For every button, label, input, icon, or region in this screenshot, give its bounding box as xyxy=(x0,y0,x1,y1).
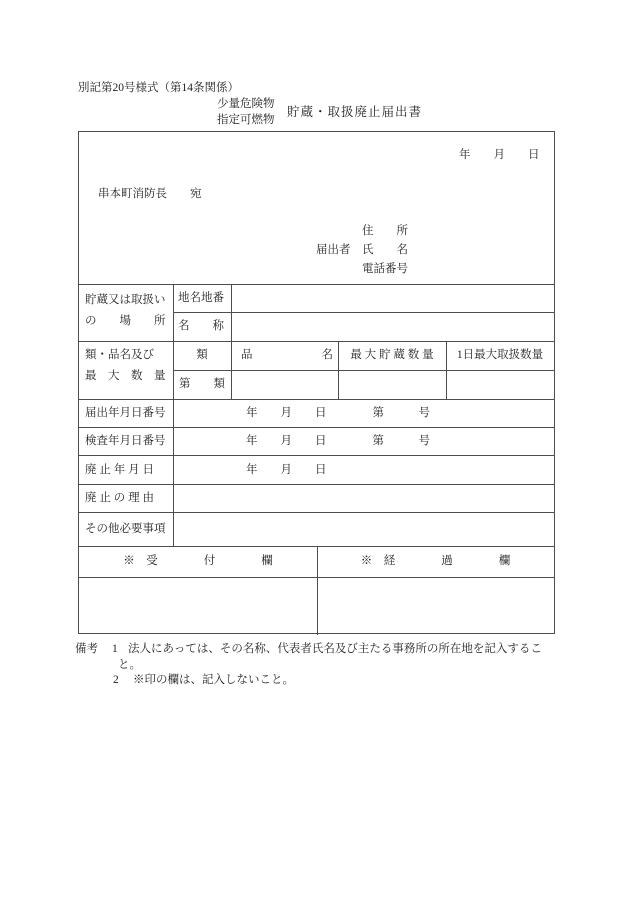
row-value-notification-date: 年 月 日 第 号 xyxy=(246,406,430,420)
col-header-item: 品名 xyxy=(231,348,338,362)
form-document-page: 別記第20号様式（第14条関係） 少量危険物指定可燃物 貯蔵・取扱廃止届出書 年… xyxy=(0,0,630,903)
location-name-label: 名 称 xyxy=(178,319,224,333)
remark-2-number: 2 xyxy=(113,673,119,687)
row-value-inspection-date: 年 月 日 第 号 xyxy=(246,434,430,448)
row-label-inspection-date: 検査年月日番号 xyxy=(85,434,166,448)
col-header-max-daily: 1日最大取扱数量 xyxy=(446,348,554,362)
remarks-label: 備考 xyxy=(75,642,98,656)
remark-1-text-line2: と。 xyxy=(118,658,141,672)
classification-label-line2: 最 大 数 量 xyxy=(85,369,166,383)
row-label-other-items: その他必要事項 xyxy=(85,522,166,536)
declarant-address-label: 住 所 xyxy=(362,224,408,238)
classification-label-line1: 類・品名及び xyxy=(85,348,154,362)
form-code: 別記第20号様式（第14条関係） xyxy=(78,81,239,95)
date-blanks: 年 月 日 xyxy=(459,148,540,162)
form-table: 年 月 日 串本町消防長 宛 住 所 届出者 氏 名 電話番号 貯蔵又は取扱い … xyxy=(78,131,555,634)
title-qualifier-line2: 指定可燃物 xyxy=(217,114,275,126)
remarks-block: 備考 1 法人にあっては、その名称、代表者氏名及び主たる事務所の所在地を記入する… xyxy=(75,642,575,692)
grid-line xyxy=(79,284,554,285)
grid-line xyxy=(173,284,174,546)
grid-line xyxy=(79,341,554,342)
grid-line xyxy=(79,427,554,428)
grid-line xyxy=(79,512,554,513)
row-label-notification-date: 届出年月日番号 xyxy=(85,406,166,420)
grid-line xyxy=(79,484,554,485)
title-qualifier-stack: 少量危険物指定可燃物 xyxy=(217,97,275,128)
form-title: 貯蔵・取扱廃止届出書 xyxy=(287,105,422,119)
grid-line xyxy=(79,399,554,400)
declarant-label: 届出者 xyxy=(316,243,351,257)
grid-line xyxy=(231,284,232,399)
remark-2-text: ※印の欄は、記入しないこと。 xyxy=(133,673,294,687)
progress-column-header: ※ 経 過 欄 xyxy=(317,554,554,568)
remark-1-text-line1: 法人にあっては、その名称、代表者氏名及び主たる事務所の所在地を記入するこ xyxy=(128,642,542,656)
reception-column-header: ※ 受 付 欄 xyxy=(79,554,317,568)
remark-1-number: 1 xyxy=(112,642,118,656)
declarant-name-label: 氏 名 xyxy=(362,243,408,257)
class-value-blank: 第 類 xyxy=(179,377,225,391)
addressee: 串本町消防長 宛 xyxy=(98,187,202,201)
col-header-max-storage: 最 大 貯 蔵 数 量 xyxy=(338,348,446,362)
location-label-line1: 貯蔵又は取扱い xyxy=(85,293,166,307)
col-header-class: 類 xyxy=(173,348,231,362)
col-header-item-left: 品 xyxy=(241,348,253,362)
row-label-abolition-reason: 廃 止 の 理 由 xyxy=(85,491,154,505)
row-value-abolition-date: 年 月 日 xyxy=(246,463,327,477)
location-lot-label: 地名地番 xyxy=(178,291,224,305)
declarant-phone-label: 電話番号 xyxy=(362,262,408,276)
location-label-line2: の 場 所 xyxy=(85,314,166,328)
row-label-abolition-date: 廃 止 年 月 日 xyxy=(85,463,154,477)
title-qualifier-line1: 少量危険物 xyxy=(217,98,275,110)
col-header-item-right: 名 xyxy=(322,348,334,362)
grid-line xyxy=(79,455,554,456)
